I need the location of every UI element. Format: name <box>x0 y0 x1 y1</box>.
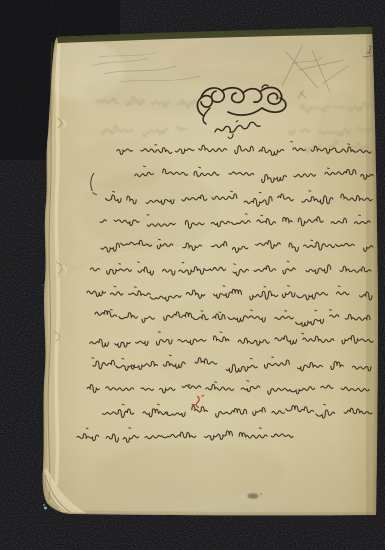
cyan-speck <box>44 507 47 510</box>
manuscript-photo: 1 <box>0 0 385 550</box>
manuscript-page: 1 <box>40 25 385 520</box>
photo-backdrop: 1 <box>0 0 385 550</box>
